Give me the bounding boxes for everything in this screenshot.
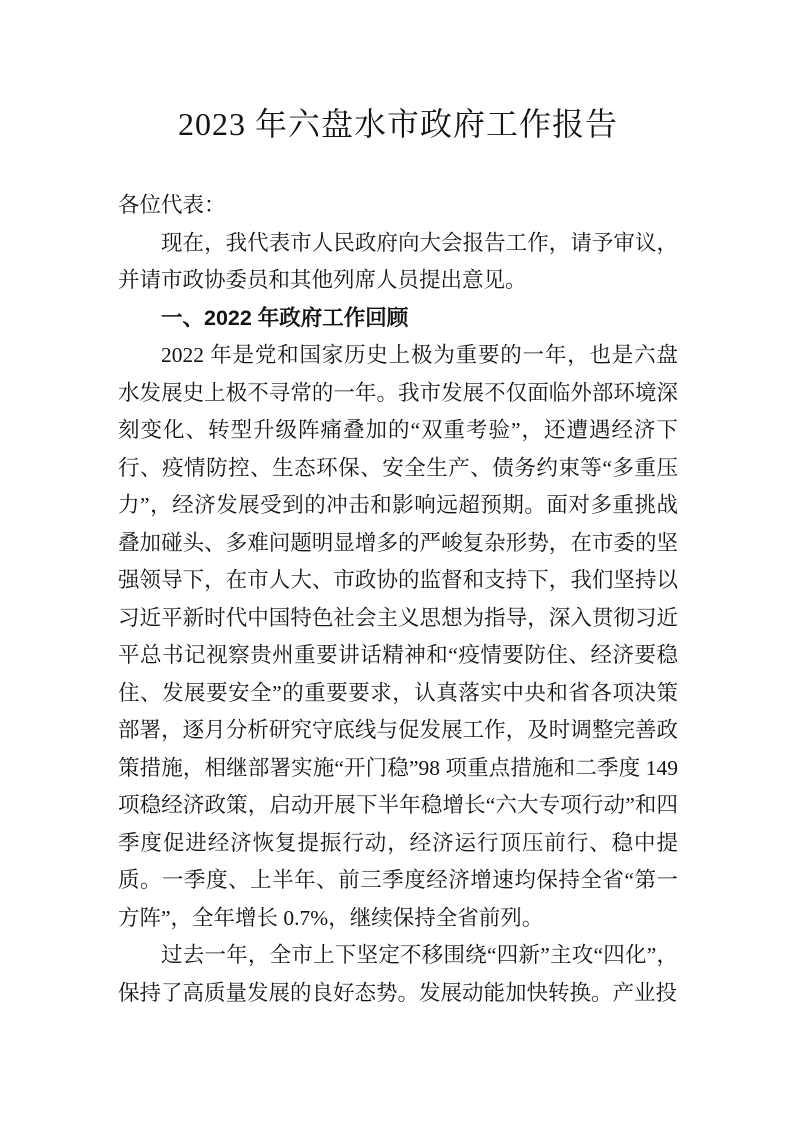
document-page: 2023 年六盘水市政府工作报告 各位代表： 现在，我代表市人民政府向大会报告工… <box>0 0 793 1122</box>
intro-paragraph: 现在，我代表市人民政府向大会报告工作，请予审议，并请市政协委员和其他列席人员提出… <box>118 225 678 300</box>
section-1-heading: 一、2022 年政府工作回顾 <box>118 300 678 338</box>
salutation-line: 各位代表： <box>118 187 678 225</box>
document-title: 2023 年六盘水市政府工作报告 <box>118 104 678 144</box>
document-body: 各位代表： 现在，我代表市人民政府向大会报告工作，请予审议，并请市政协委员和其他… <box>118 187 678 1012</box>
past-year-paragraph: 过去一年，全市上下坚定不移围绕“四新”主攻“四化”，保持了高质量发展的良好态势。… <box>118 937 678 1012</box>
year-2022-review-paragraph: 2022 年是党和国家历史上极为重要的一年，也是六盘水发展史上极不寻常的一年。我… <box>118 337 678 937</box>
